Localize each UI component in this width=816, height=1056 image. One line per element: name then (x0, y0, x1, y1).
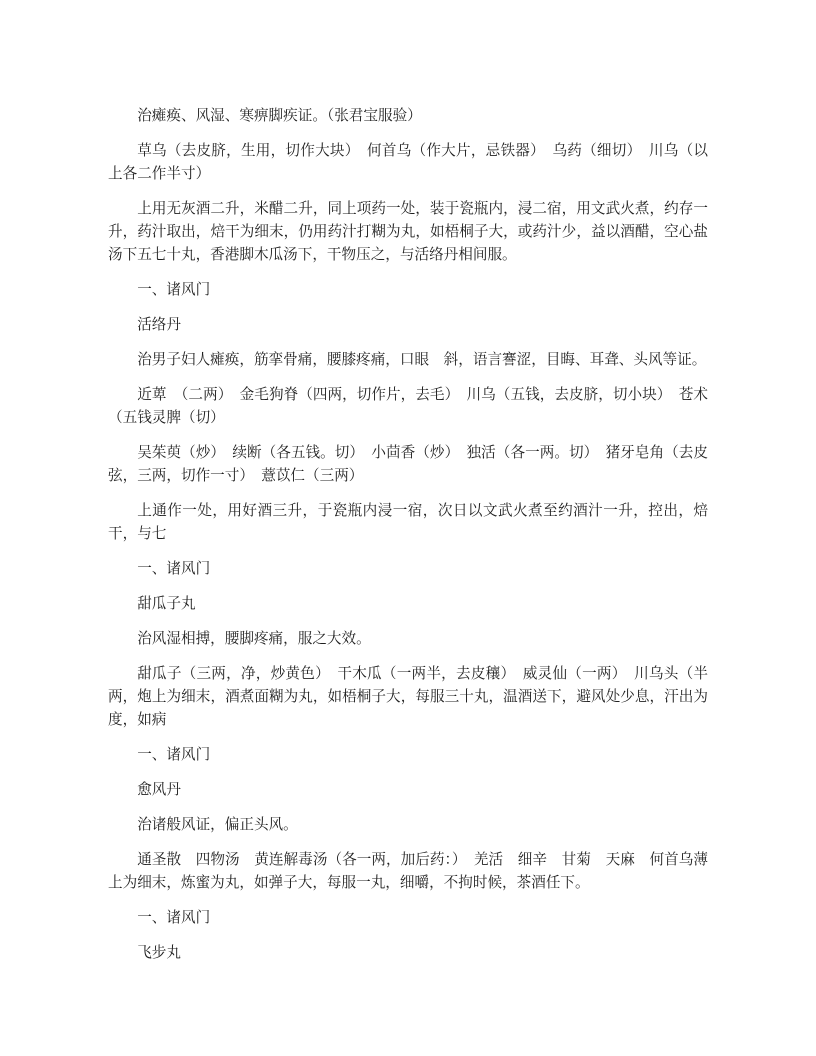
paragraph-ingredients-tianguaziwan: 甜瓜子（三两，净，炒黄色） 干木瓜（一两半，去皮穰） 威灵仙（一两） 川乌头（半… (108, 662, 708, 731)
formula-title-yufengdan: 愈风丹 (108, 778, 708, 801)
paragraph-preparation-wine-vinegar: 上用无灰酒二升，米醋二升，同上项药一处，装于瓷瓶内，浸二宿，用文武火煮，约存一升… (108, 197, 708, 266)
paragraph-ingredients-huoluodan-1: 近萆 （二两） 金毛狗脊（四两，切作片，去毛） 川乌（五钱，去皮脐，切小块） 苍… (108, 383, 708, 429)
paragraph-indication-zhangjunbao: 治瘫痪、风湿、寒痹脚疾证。（张君宝服验） (108, 104, 708, 127)
paragraph-ingredients-caowu: 草乌（去皮脐，生用，切作大块） 何首乌（作大片，忌铁器） 乌药（细切） 川乌（以… (108, 139, 708, 185)
section-heading-zhufengmen-2: 一、诸风门 (108, 557, 708, 580)
section-heading-zhufengmen-3: 一、诸风门 (108, 743, 708, 766)
paragraph-ingredients-yufengdan: 通圣散 四物汤 黄连解毒汤（各一两，加后药：） 羌活 细辛 甘菊 天麻 何首乌薄… (108, 848, 708, 894)
formula-title-tianguaziwan: 甜瓜子丸 (108, 592, 708, 615)
paragraph-preparation-huoluodan: 上通作一处，用好酒三升，于瓷瓶内浸一宿，次日以文武火煮至约酒汁一升，控出，焙干，… (108, 499, 708, 545)
section-heading-zhufengmen-1: 一、诸风门 (108, 278, 708, 301)
paragraph-ingredients-huoluodan-2: 吴茱萸（炒） 续断（各五钱。切） 小茴香（炒） 独活（各一两。切） 猪牙皂角（去… (108, 441, 708, 487)
paragraph-indication-yufengdan: 治诸般风证，偏正头风。 (108, 813, 708, 836)
formula-title-feibuwan: 飞步丸 (108, 941, 708, 964)
formula-title-huoluodan: 活络丹 (108, 313, 708, 336)
paragraph-indication-huoluodan: 治男子妇人瘫痪，筋挛骨痛，腰膝疼痛，口眼 斜，语言謇涩，目晦、耳聋、头风等证。 (108, 348, 708, 371)
paragraph-indication-tianguaziwan: 治风湿相搏，腰脚疼痛，服之大效。 (108, 627, 708, 650)
section-heading-zhufengmen-4: 一、诸风门 (108, 906, 708, 929)
document-page: 治瘫痪、风湿、寒痹脚疾证。（张君宝服验） 草乌（去皮脐，生用，切作大块） 何首乌… (0, 0, 816, 964)
